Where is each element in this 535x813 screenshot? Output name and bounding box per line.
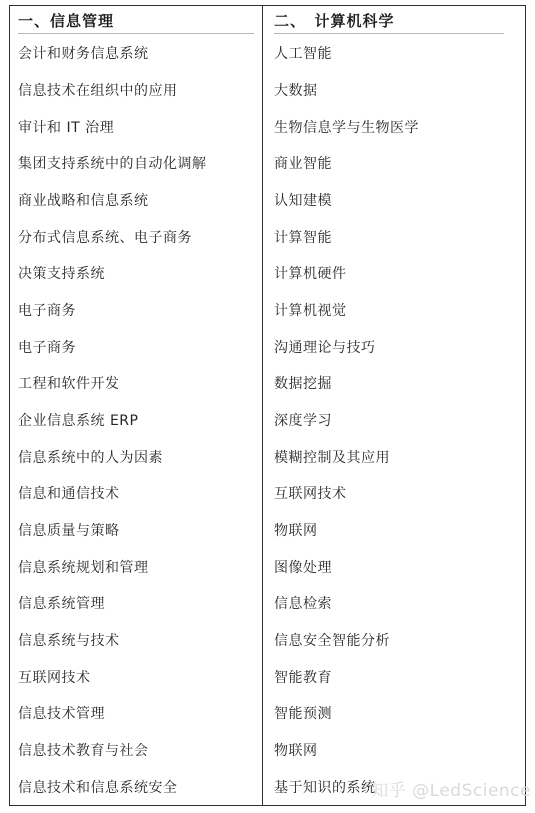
list-item: 信息检索 <box>263 585 525 622</box>
list-item: 互联网技术 <box>10 658 262 695</box>
list-item: 计算机视觉 <box>263 292 525 329</box>
list-item: 物联网 <box>263 512 525 549</box>
item-list-info-management: 会计和财务信息系统 信息技术在组织中的应用 审计和 IT 治理 集团支持系统中的… <box>10 35 262 805</box>
list-item: 电子商务 <box>10 292 262 329</box>
two-column-table: 一、信息管理 会计和财务信息系统 信息技术在组织中的应用 审计和 IT 治理 集… <box>9 5 526 806</box>
list-item: 信息和通信技术 <box>10 475 262 512</box>
list-item: 信息技术和信息系统安全 <box>10 768 262 805</box>
list-item: 互联网技术 <box>263 475 525 512</box>
list-item: 信息系统管理 <box>10 585 262 622</box>
header-underline <box>18 33 254 34</box>
list-item: 模糊控制及其应用 <box>263 438 525 475</box>
list-item: 图像处理 <box>263 548 525 585</box>
list-item: 计算机硬件 <box>263 255 525 292</box>
item-list-computer-science: 人工智能 大数据 生物信息学与生物医学 商业智能 认知建模 计算智能 计算机硬件… <box>263 35 525 805</box>
list-item: 信息技术管理 <box>10 695 262 732</box>
list-item: 数据挖掘 <box>263 365 525 402</box>
column-header-text: 一、信息管理 <box>18 12 114 30</box>
watermark: 知乎 @LedScience <box>371 776 531 801</box>
list-item: 电子商务 <box>10 328 262 365</box>
list-item: 信息系统与技术 <box>10 622 262 659</box>
list-item: 信息系统规划和管理 <box>10 548 262 585</box>
list-item: 商业战略和信息系统 <box>10 182 262 219</box>
list-item: 企业信息系统 ERP <box>10 402 262 439</box>
list-item: 商业智能 <box>263 145 525 182</box>
list-item: 信息技术教育与社会 <box>10 732 262 769</box>
document-page: 一、信息管理 会计和财务信息系统 信息技术在组织中的应用 审计和 IT 治理 集… <box>0 0 535 813</box>
list-item: 信息系统中的人为因素 <box>10 438 262 475</box>
list-item: 大数据 <box>263 72 525 109</box>
list-item: 智能预测 <box>263 695 525 732</box>
column-header-computer-science: 二、 计算机科学 <box>263 11 525 35</box>
column-header-text: 二、 计算机科学 <box>274 12 395 30</box>
list-item: 信息质量与策略 <box>10 512 262 549</box>
list-item: 沟通理论与技巧 <box>263 328 525 365</box>
list-item: 物联网 <box>263 732 525 769</box>
list-item: 认知建模 <box>263 182 525 219</box>
list-item: 工程和软件开发 <box>10 365 262 402</box>
list-item: 审计和 IT 治理 <box>10 108 262 145</box>
list-item: 人工智能 <box>263 35 525 72</box>
list-item: 计算智能 <box>263 218 525 255</box>
column-header-info-management: 一、信息管理 <box>10 11 262 35</box>
column-computer-science: 二、 计算机科学 人工智能 大数据 生物信息学与生物医学 商业智能 认知建模 计… <box>263 6 525 805</box>
list-item: 生物信息学与生物医学 <box>263 108 525 145</box>
header-underline <box>274 33 504 34</box>
list-item: 信息安全智能分析 <box>263 622 525 659</box>
list-item: 信息技术在组织中的应用 <box>10 72 262 109</box>
list-item: 智能教育 <box>263 658 525 695</box>
list-item: 会计和财务信息系统 <box>10 35 262 72</box>
list-item: 深度学习 <box>263 402 525 439</box>
column-info-management: 一、信息管理 会计和财务信息系统 信息技术在组织中的应用 审计和 IT 治理 集… <box>10 6 263 805</box>
list-item: 决策支持系统 <box>10 255 262 292</box>
list-item: 分布式信息系统、电子商务 <box>10 218 262 255</box>
list-item: 集团支持系统中的自动化调解 <box>10 145 262 182</box>
